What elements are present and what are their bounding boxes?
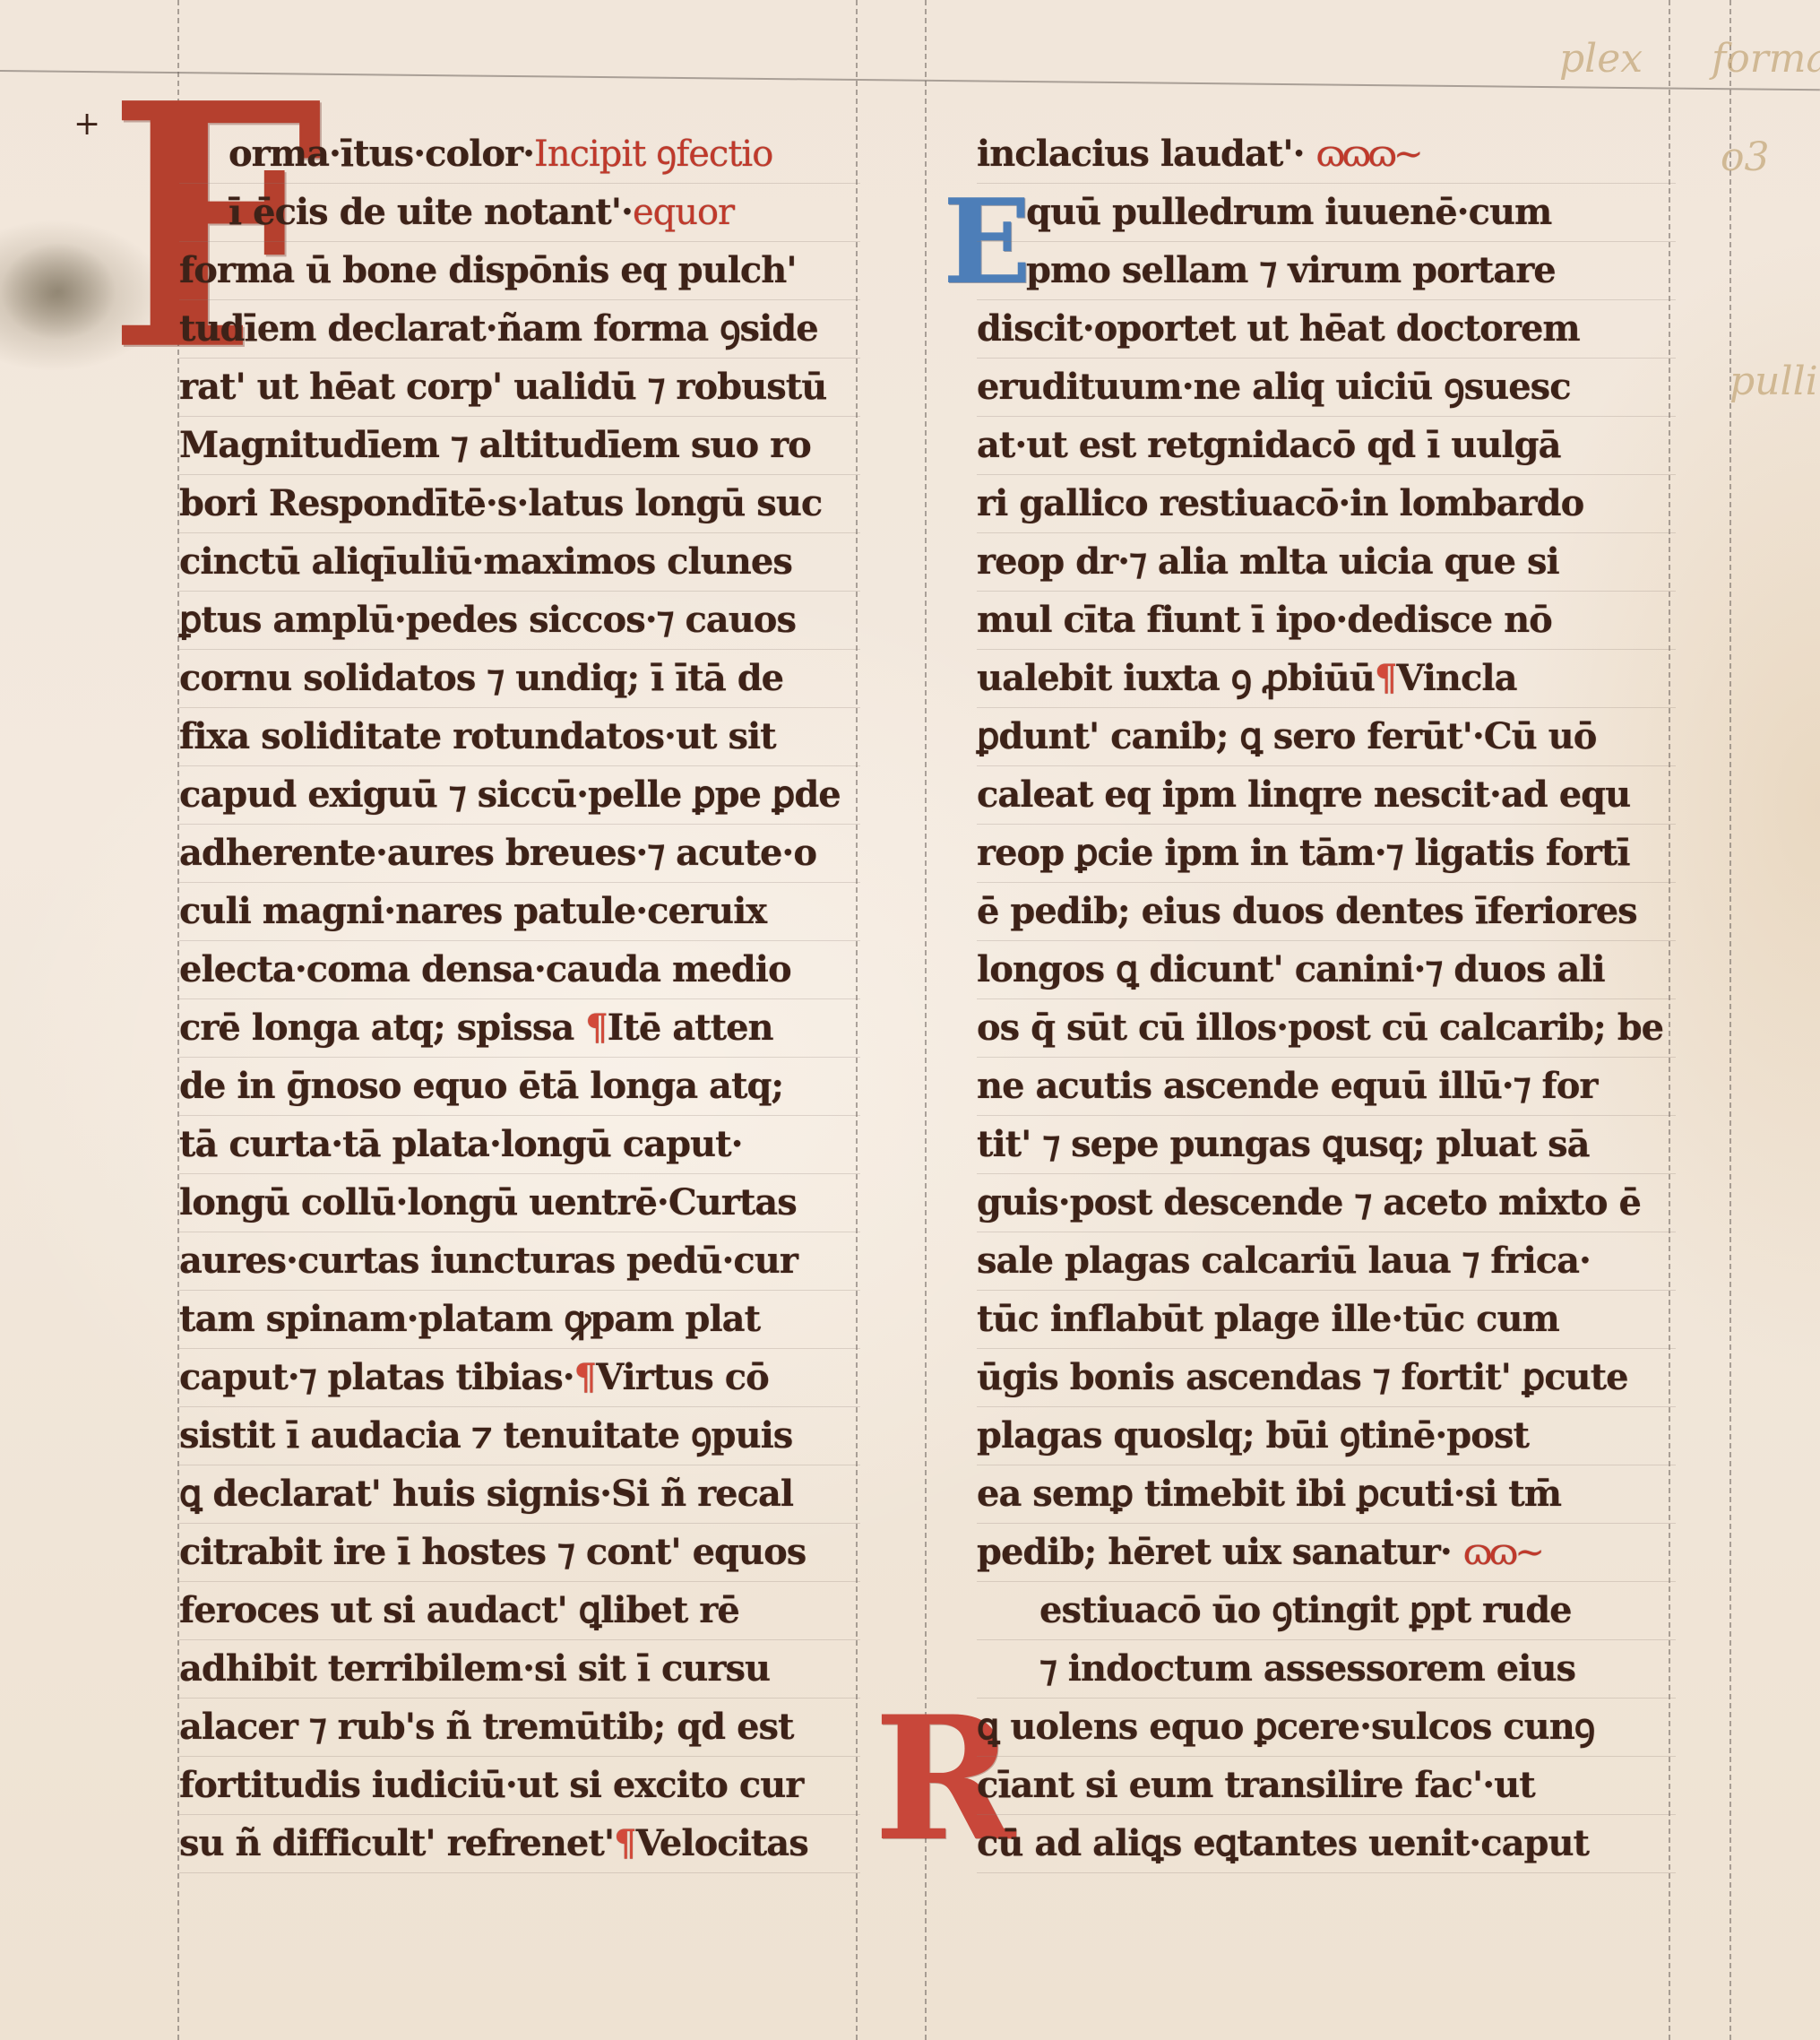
text-line: ne acutis ascende equū illū·⁊ for	[977, 1058, 1676, 1116]
text-line: cīant si eum transilire fac'·ut	[977, 1757, 1676, 1815]
text-line: caput·⁊ platas tibias·¶Virtus cō	[179, 1349, 860, 1407]
text-line: ꝗ uolens equo ꝑcere·sulcos cunꝯ	[977, 1699, 1676, 1757]
text-line: estiuacō ūo ꝯtingit ꝑpt rude	[977, 1582, 1676, 1640]
text-line: discit·oportet ut hēat doctorem	[977, 300, 1676, 359]
text-line: aures·curtas iuncturas pedū·cur	[179, 1232, 860, 1291]
text-line: Magnitudīem ⁊ altitudīem suo ro	[179, 417, 860, 475]
text-line: pmo sellam ⁊ virum portare	[977, 242, 1676, 300]
rubric-text: equor	[633, 192, 734, 233]
text-line: su ñ difficult' refrenet'¶Velocitas	[179, 1815, 860, 1873]
text-line: os q̄ sūt cū illos·post cū calcarib; be	[977, 999, 1676, 1058]
line-text: Velocitas	[636, 1822, 808, 1864]
text-line: cinctū aliqīuliū·maximos clunes	[179, 533, 860, 592]
text-line: forma ū bone dispōnis eq pulch'	[179, 242, 860, 300]
text-line: plagas quoslq; būi ꝯtinē·post	[977, 1407, 1676, 1465]
text-line: ꝑtus amplū·pedes siccos·⁊ cauos	[179, 592, 860, 650]
text-line: sistit ī audacia ⁊ tenuitate ꝯpuis	[179, 1407, 860, 1465]
text-line: capud exiguū ⁊ siccū·pelle ꝑpe ꝑde	[179, 766, 860, 825]
rubric-text: Incipit ꝯfectio	[534, 134, 772, 175]
text-line: ea semꝑ timebit ibi ꝑcuti·si tm̄	[977, 1465, 1676, 1524]
line-filler: ɷɷ~	[1463, 1532, 1541, 1573]
text-line: ꝗ declarat' huis signis·Si ñ recal	[179, 1465, 860, 1524]
text-line: ūgis bonis ascendas ⁊ fortit' ꝑcute	[977, 1349, 1676, 1407]
text-line: tā curta·tā plata·longū caput·	[179, 1116, 860, 1174]
text-line: ri gallico restiuacō·in lombardo	[977, 475, 1676, 533]
text-line: guis·post descende ⁊ aceto mixto ē	[977, 1174, 1676, 1232]
line-text: pedib; hēret uix sanatur·	[977, 1531, 1452, 1573]
text-line: reop dr·⁊ alia mlta uicia que si	[977, 533, 1676, 592]
line-text: Itē atten	[608, 1007, 773, 1049]
text-line: reop ꝑcie ipm in tām·⁊ ligatis fortī	[977, 825, 1676, 883]
text-line: sale plagas calcariū laua ⁊ frica·	[977, 1232, 1676, 1291]
manuscript-page: + plex forma o3 pulli F E R orma·ītus·co…	[0, 0, 1820, 2040]
parchment-stain	[0, 242, 116, 341]
text-line: tit' ⁊ sepe pungas ꝗusq; pluat sā	[977, 1116, 1676, 1174]
text-line: ꝑdunt' canib; ꝗ sero ferūt'·Cū uō	[977, 708, 1676, 766]
text-line: ⁊ indoctum assessorem eius	[977, 1640, 1676, 1699]
text-line: alacer ⁊ rub's ñ tremūtib; qd est	[179, 1699, 860, 1757]
text-line: ī ēcis de uite notant'·equor	[179, 184, 860, 242]
text-line: adhibit terribilem·si sit ī cursu	[179, 1640, 860, 1699]
text-line: inclacius laudat'· ɷɷɷ~	[977, 125, 1676, 184]
text-line: tudīem declarat·ñam forma ꝯside	[179, 300, 860, 359]
text-line: cū ad aliꝗs eꝗtantes uenit·caput	[977, 1815, 1676, 1873]
text-line: bori Respondītē·s·latus longū suc	[179, 475, 860, 533]
line-text: ī ēcis de uite notant'·	[229, 191, 633, 233]
pilcrow-mark: ¶	[574, 1356, 596, 1398]
text-line: de in ḡnoso equo ētā longa atq;	[179, 1058, 860, 1116]
line-text: Virtus cō	[596, 1356, 769, 1398]
line-text: ualebit iuxta ꝯ ꝓbiūū	[977, 657, 1375, 699]
pilcrow-mark: ¶	[1375, 657, 1396, 699]
marginal-annotation: forma	[1712, 36, 1820, 82]
text-line: at·ut est retgnidacō qd ī uulgā	[977, 417, 1676, 475]
text-line: crē longa atq; spissa ¶Itē atten	[179, 999, 860, 1058]
text-line: longū collū·longū uentrē·Curtas	[179, 1174, 860, 1232]
text-line: electa·coma densa·cauda medio	[179, 941, 860, 999]
line-text: crē longa atq; spissa	[179, 1007, 574, 1049]
text-column-left: orma·ītus·color·Incipit ꝯfectio ī ēcis d…	[179, 125, 860, 1873]
text-line: quū pulledrum iuuenē·cum	[977, 184, 1676, 242]
text-line: rat' ut hēat corp' ualidū ⁊ robustū	[179, 359, 860, 417]
text-line: ē pedib; eius duos dentes īferiores	[977, 883, 1676, 941]
text-line: longos ꝗ dicunt' canini·⁊ duos ali	[977, 941, 1676, 999]
text-line: adherente·aures breues·⁊ acute·o	[179, 825, 860, 883]
pilcrow-mark: ¶	[614, 1822, 635, 1864]
text-line: culi magni·nares patule·ceruix	[179, 883, 860, 941]
text-line: tam spinam·platam ꝙpam plat	[179, 1291, 860, 1349]
line-text: orma·ītus·color·	[229, 133, 534, 175]
text-line: pedib; hēret uix sanatur· ɷɷ~	[977, 1524, 1676, 1582]
text-line: caleat eq ipm linqre nescit·ad equ	[977, 766, 1676, 825]
marginal-annotation: o3	[1721, 134, 1769, 180]
text-line: tūc inflabūt plage ille·tūc cum	[977, 1291, 1676, 1349]
text-line: ualebit iuxta ꝯ ꝓbiūū¶Vincla	[977, 650, 1676, 708]
text-line: orma·ītus·color·Incipit ꝯfectio	[179, 125, 860, 184]
margin-mark: +	[73, 106, 100, 143]
text-line: erudituum·ne aliq uiciū ꝯsuesc	[977, 359, 1676, 417]
line-text: inclacius laudat'·	[977, 133, 1305, 175]
line-filler: ɷɷɷ~	[1316, 134, 1420, 175]
line-text: caput·⁊ platas tibias·	[179, 1356, 574, 1398]
marginal-annotation: pulli	[1729, 359, 1818, 404]
text-column-right: inclacius laudat'· ɷɷɷ~ quū pulledrum iu…	[977, 125, 1676, 1873]
line-text: Vincla	[1396, 657, 1516, 699]
pilcrow-mark: ¶	[585, 1007, 607, 1049]
text-line: fixa soliditate rotundatos·ut sit	[179, 708, 860, 766]
text-line: feroces ut si audact' ꝗlibet rē	[179, 1582, 860, 1640]
line-text: su ñ difficult' refrenet'	[179, 1822, 614, 1864]
text-line: mul cīta fiunt ī ipo·dedisce nō	[977, 592, 1676, 650]
text-line: citrabit ire ī hostes ⁊ cont' equos	[179, 1524, 860, 1582]
marginal-annotation: plex	[1559, 36, 1643, 82]
text-line: cornu solidatos ⁊ undiq; ī ītā de	[179, 650, 860, 708]
ruling-line-vertical	[1729, 0, 1731, 2040]
text-line: fortitudis iudiciū·ut si excito cur	[179, 1757, 860, 1815]
